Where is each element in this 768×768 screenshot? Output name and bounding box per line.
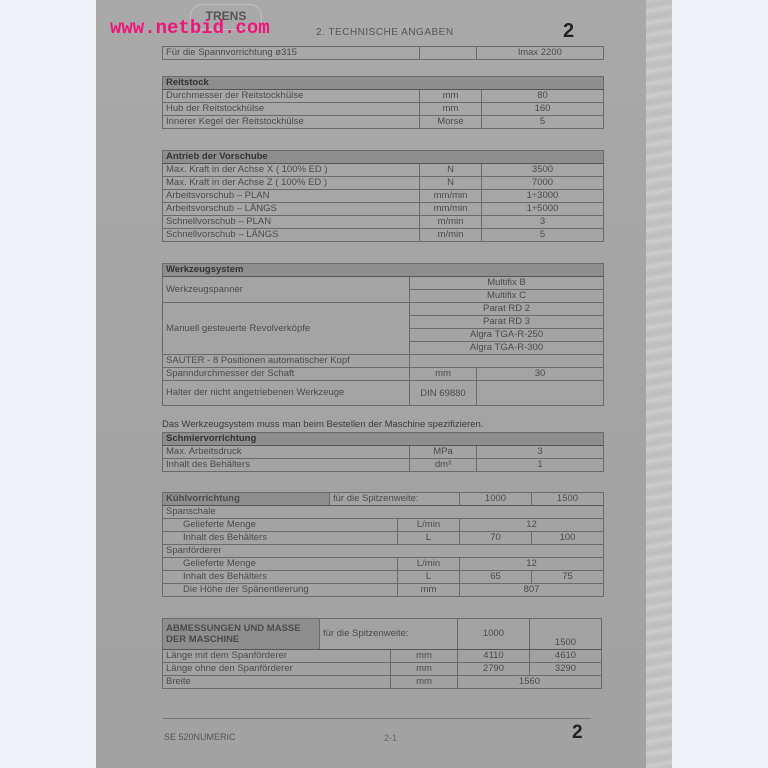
abmessungen-title: ABMESSUNGEN UND MASSE DER MASCHINE	[163, 619, 320, 650]
table-row: Arbeitsvorschub – PLANmm/min1÷3000	[163, 190, 604, 203]
footer-divider	[163, 718, 591, 719]
spannvorrichtung-label: Für die Spannvorrichtung ø315	[163, 47, 420, 60]
section-title: 2. TECHNISCHE ANGABEN	[316, 27, 454, 38]
watermark: www.netbid.com	[110, 17, 270, 39]
table-row: Max. ArbeitsdruckMPa3	[163, 446, 604, 459]
kuehl-title: Kühlvorrichtung	[163, 493, 330, 506]
schmier-title: Schmiervorrichtung	[163, 433, 604, 446]
spannvorrichtung-table: Für die Spannvorrichtung ø315 lmax 2200	[162, 46, 604, 60]
table-row: Hub der Reitstockhülse mm 160	[163, 103, 604, 116]
schmier-table: Schmiervorrichtung Max. ArbeitsdruckMPa3…	[162, 432, 604, 472]
footer-model: SE 520NUMERIC	[164, 732, 236, 742]
page-edge	[646, 0, 672, 768]
kuehl-table: Kühlvorrichtung für die Spitzenweite: 10…	[162, 492, 604, 597]
table-row: Max. Kraft in der Achse X ( 100% ED )N35…	[163, 164, 604, 177]
table-row: Schnellvorschub – LÄNGSm/min5	[163, 229, 604, 242]
reitstock-table: Reitstock Durchmesser der Reitstockhülse…	[162, 76, 604, 129]
table-row: Arbeitsvorschub – LÄNGSmm/min1÷5000	[163, 203, 604, 216]
table-row: Inhalt des Behältersdm³1	[163, 459, 604, 472]
antrieb-table: Antrieb der Vorschube Max. Kraft in der …	[162, 150, 604, 242]
table-row: Schnellvorschub – PLANm/min3	[163, 216, 604, 229]
table-row: Innerer Kegel der Reitstockhülse Morse 5	[163, 116, 604, 129]
chapter-number: 2	[563, 20, 574, 43]
werkzeug-table: Werkzeugsystem Werkzeugspanner Multifix …	[162, 263, 604, 406]
table-row: Länge mit dem Spanförderer mm 4110 4610	[163, 650, 602, 663]
spannvorrichtung-value: lmax 2200	[477, 47, 604, 60]
werkzeug-title: Werkzeugsystem	[163, 264, 604, 277]
table-row: Breite mm 1560	[163, 676, 602, 689]
reitstock-title: Reitstock	[163, 77, 604, 90]
abmessungen-table: ABMESSUNGEN UND MASSE DER MASCHINE für d…	[162, 618, 602, 689]
footer-page-number: 2-1	[384, 733, 397, 743]
antrieb-title: Antrieb der Vorschube	[163, 151, 604, 164]
footer-chapter-number: 2	[572, 722, 583, 744]
table-row: Durchmesser der Reitstockhülse mm 80	[163, 90, 604, 103]
werkzeug-note: Das Werkzeugsystem muss man beim Bestell…	[162, 419, 483, 430]
table-row: Länge ohne den Spanförderer mm 2790 3290	[163, 663, 602, 676]
table-row: Max. Kraft in der Achse Z ( 100% ED )N70…	[163, 177, 604, 190]
